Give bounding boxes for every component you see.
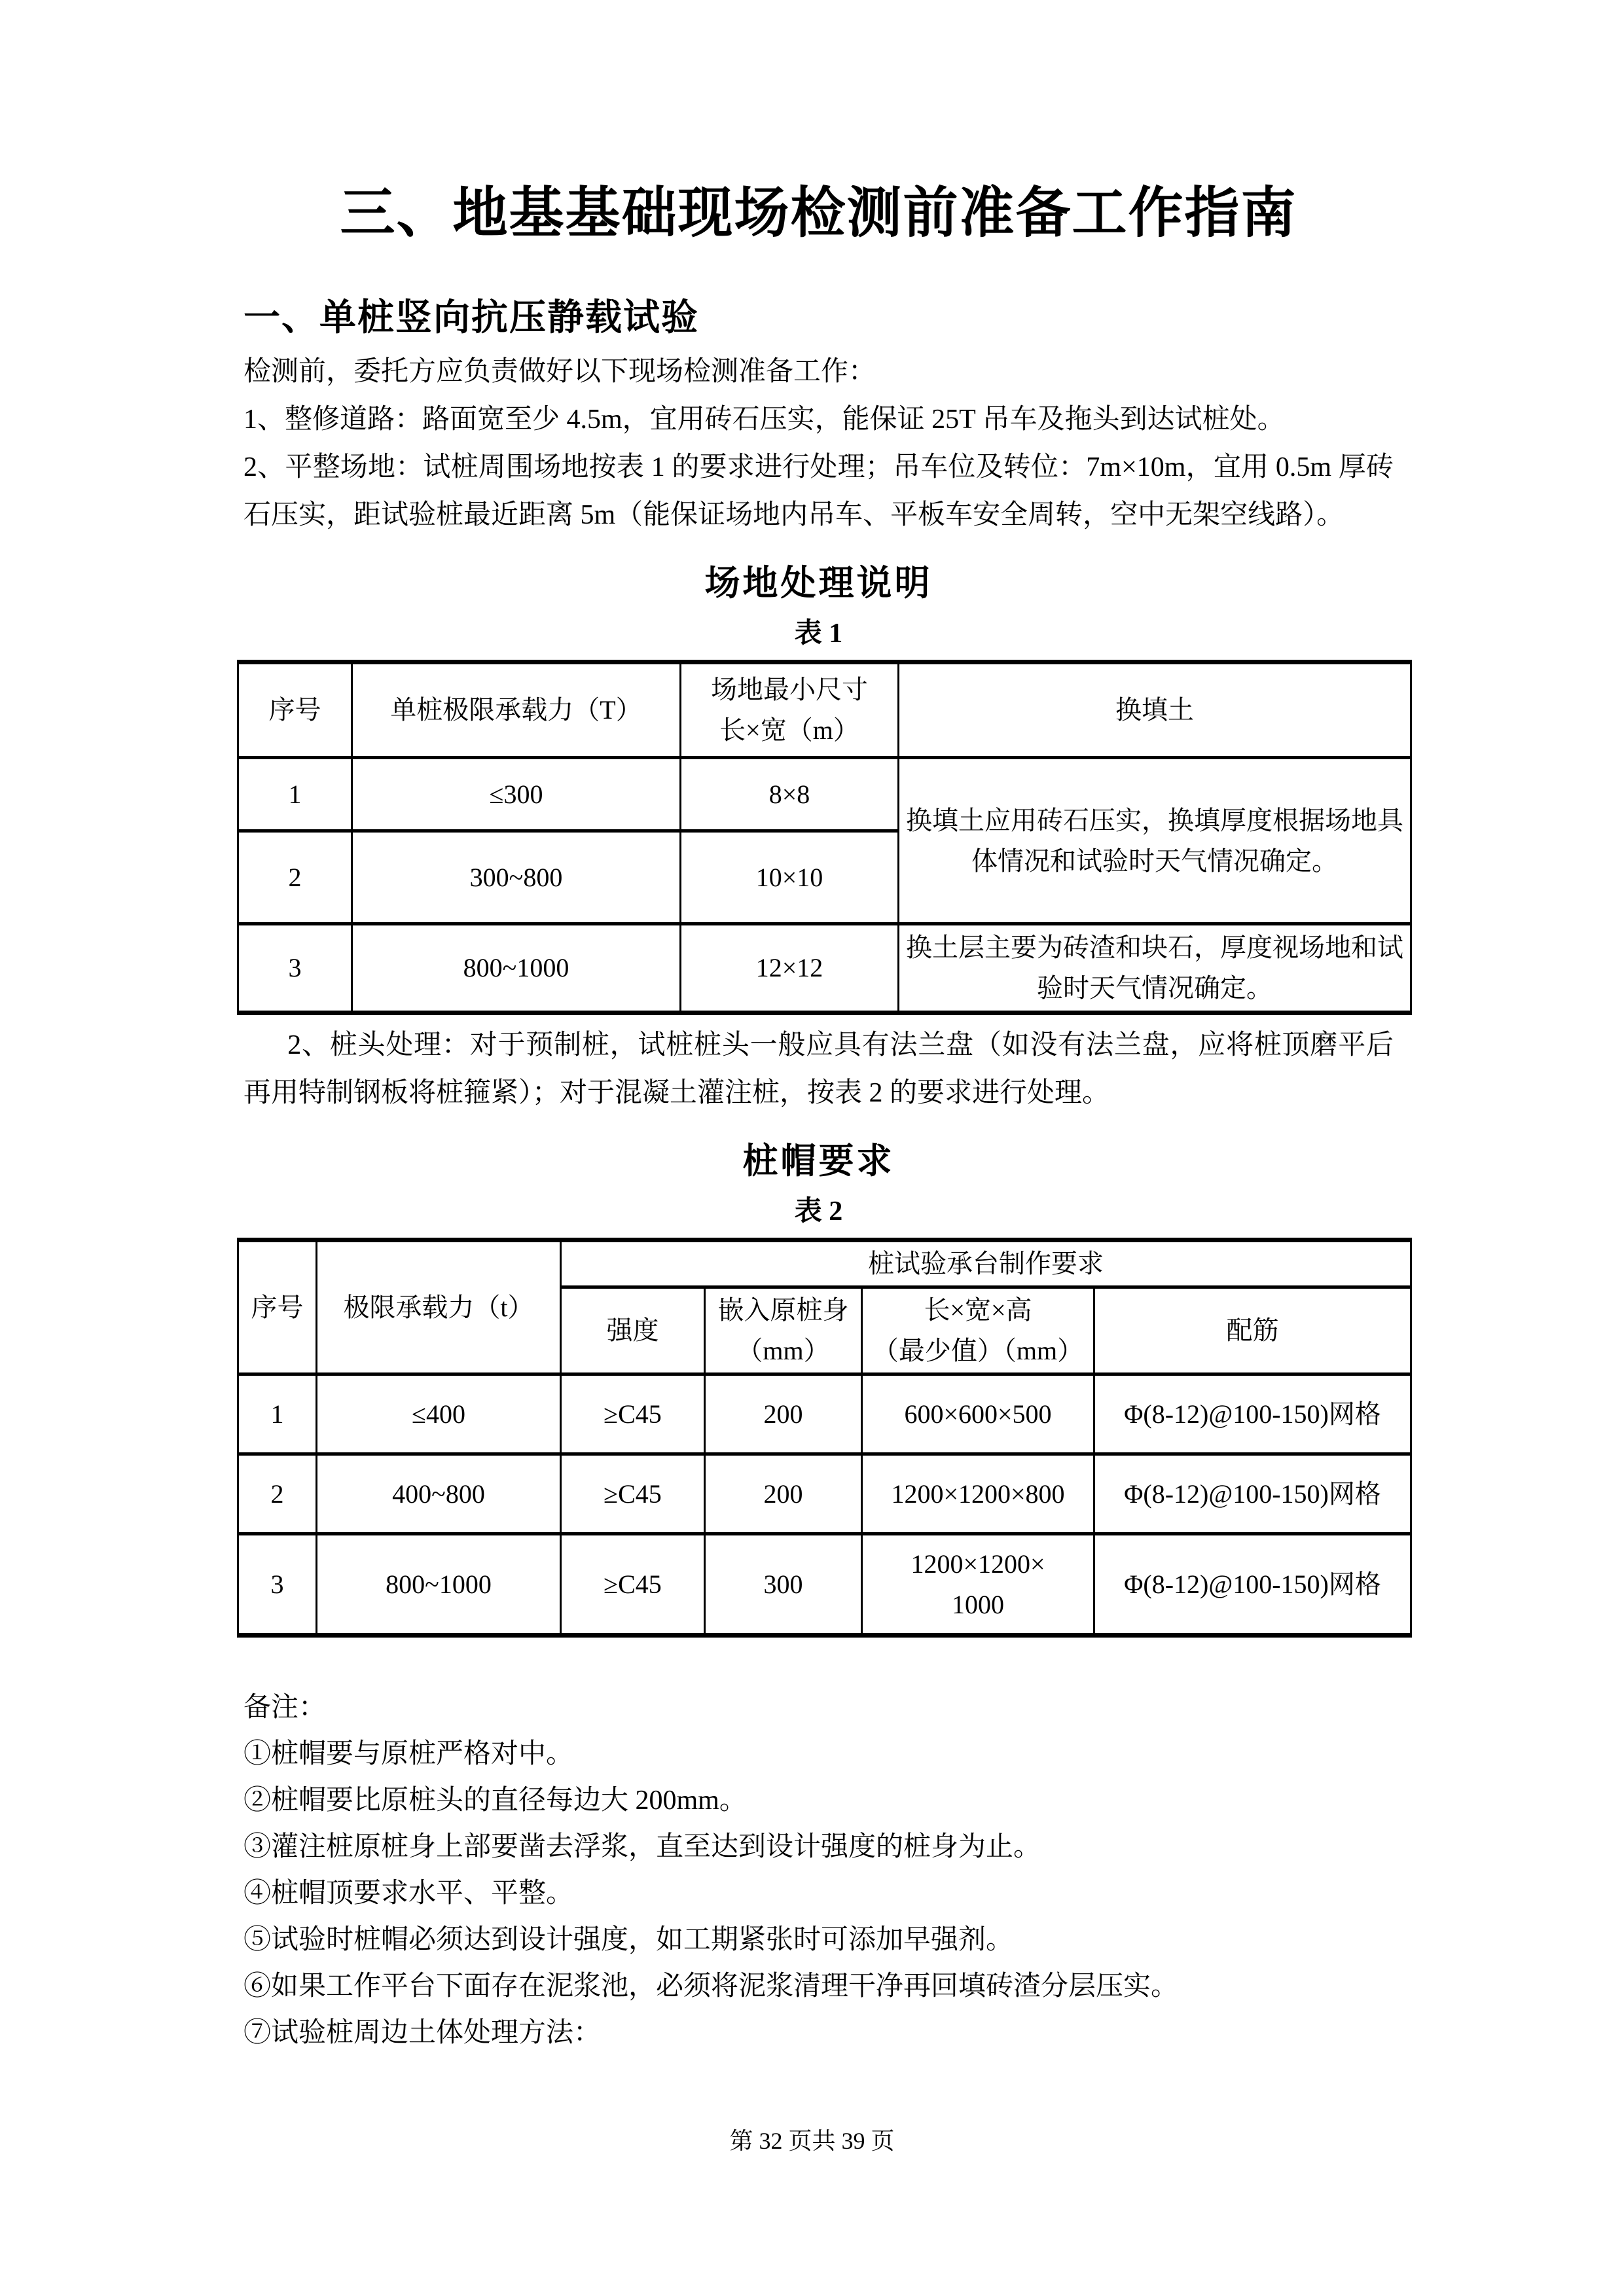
table2-r1-embed: 200: [705, 1374, 862, 1454]
table2-r2-dims: 1200×1200×800: [862, 1454, 1094, 1534]
table1-r1-capacity: ≤300: [352, 758, 681, 831]
table2-r2-rebar: Φ(8-12)@100-150)网格: [1094, 1454, 1411, 1534]
table2-header-embed-line2: （mm）: [736, 1336, 829, 1365]
table1-r2-size: 10×10: [681, 831, 899, 924]
table1-r3-size: 12×12: [681, 924, 899, 1013]
table1-header-capacity: 单桩极限承载力（T）: [352, 662, 681, 758]
table1-r1-size: 8×8: [681, 758, 899, 831]
remark-item-4: ④桩帽顶要求水平、平整。: [244, 1871, 1394, 1917]
table2-r1-no: 1: [238, 1374, 317, 1454]
table2-r1-dims: 600×600×500: [862, 1374, 1094, 1454]
remark-item-2: ②桩帽要比原桩头的直径每边大 200mm。: [244, 1778, 1394, 1824]
intro-paragraph-3: 2、平整场地：试桩周围场地按表 1 的要求进行处理；吊车位及转位：7m×10m，…: [244, 444, 1394, 539]
table2-r3-embed: 300: [705, 1534, 862, 1636]
table2-r3-no: 3: [238, 1534, 317, 1636]
table2-header-dims-line2: （最少值）（mm）: [873, 1336, 1083, 1365]
table1-header-size-line1: 场地最小尺寸: [711, 675, 868, 704]
table2-r1-capacity: ≤400: [317, 1374, 561, 1454]
table2-header-no: 序号: [238, 1240, 317, 1374]
document-page: 三、地基基础现场检测前准备工作指南 一、单桩竖向抗压静载试验 检测前，委托方应负…: [0, 0, 1624, 2296]
pile-head-paragraph: 2、桩头处理：对于预制桩，试桩桩头一般应具有法兰盘（如没有法兰盘，应将桩顶磨平后…: [244, 1022, 1394, 1117]
remark-item-6: ⑥如果工作平台下面存在泥浆池，必须将泥浆清理干净再回填砖渣分层压实。: [244, 1964, 1394, 2010]
page-title: 三、地基基础现场检测前准备工作指南: [244, 171, 1394, 257]
table2-r2-no: 2: [238, 1454, 317, 1534]
intro-paragraph-2: 1、整修道路：路面宽至少 4.5m，宜用砖石压实，能保证 25T 吊车及拖头到达…: [244, 396, 1394, 444]
remark-item-1: ①桩帽要与原桩严格对中。: [244, 1731, 1394, 1778]
remark-item-5: ⑤试验时桩帽必须达到设计强度，如工期紧张时可添加早强剂。: [244, 1917, 1394, 1964]
table1-fill-note-rows-1-2: 换填土应用砖石压实，换填厚度根据场地具体情况和试验时天气情况确定。: [899, 758, 1411, 924]
table2-header-embed-line1: 嵌入原桩身: [718, 1295, 849, 1325]
table2-row-2: 2 400~800 ≥C45 200 1200×1200×800 Φ(8-12)…: [238, 1454, 1411, 1534]
table2-r3-dims: 1200×1200× 1000: [862, 1534, 1094, 1636]
table2-r2-embed: 200: [705, 1454, 862, 1534]
table2-row-1: 1 ≤400 ≥C45 200 600×600×500 Φ(8-12)@100-…: [238, 1374, 1411, 1454]
table2-r3-dims-line1: 1200×1200×: [911, 1549, 1045, 1579]
table2-row-3: 3 800~1000 ≥C45 300 1200×1200× 1000 Φ(8-…: [238, 1534, 1411, 1636]
remark-item-3: ③灌注桩原桩身上部要凿去浮浆，直至达到设计强度的桩身为止。: [244, 1824, 1394, 1871]
table2-header-group: 桩试验承台制作要求: [561, 1240, 1411, 1287]
remarks-label: 备注：: [244, 1685, 1394, 1731]
table2-header-dims: 长×宽×高 （最少值）（mm）: [862, 1287, 1094, 1374]
table1-header-size: 场地最小尺寸 长×宽（m）: [681, 662, 899, 758]
site-treatment-heading: 场地处理说明: [244, 554, 1394, 613]
table1-site-treatment: 序号 单桩极限承载力（T） 场地最小尺寸 长×宽（m） 换填土 1 ≤300 8…: [237, 660, 1412, 1015]
table1-r1-no: 1: [238, 758, 352, 831]
table1-header-fill: 换填土: [899, 662, 1411, 758]
table1-fill-note-row-3: 换土层主要为砖渣和块石，厚度视场地和试验时天气情况确定。: [899, 924, 1411, 1013]
table2-pile-cap-requirements: 序号 极限承载力（t） 桩试验承台制作要求 强度 嵌入原桩身 （mm） 长×宽×…: [237, 1238, 1412, 1638]
table2-r3-capacity: 800~1000: [317, 1534, 561, 1636]
table2-r3-rebar: Φ(8-12)@100-150)网格: [1094, 1534, 1411, 1636]
table2-r3-dims-line2: 1000: [952, 1590, 1004, 1619]
pile-cap-heading: 桩帽要求: [244, 1132, 1394, 1191]
page-number-footer: 第 32 页共 39 页: [0, 2123, 1624, 2159]
table1-caption: 表 1: [244, 613, 1394, 655]
table1-row-3: 3 800~1000 12×12 换土层主要为砖渣和块石，厚度视场地和试验时天气…: [238, 924, 1411, 1013]
table2-header-strength: 强度: [561, 1287, 705, 1374]
table2-r3-strength: ≥C45: [561, 1534, 705, 1636]
table2-caption: 表 2: [244, 1191, 1394, 1232]
table1-r3-capacity: 800~1000: [352, 924, 681, 1013]
table2-r1-rebar: Φ(8-12)@100-150)网格: [1094, 1374, 1411, 1454]
table2-header-embed: 嵌入原桩身 （mm）: [705, 1287, 862, 1374]
table1-header-row: 序号 单桩极限承载力（T） 场地最小尺寸 长×宽（m） 换填土: [238, 662, 1411, 758]
intro-paragraph-1: 检测前，委托方应负责做好以下现场检测准备工作：: [244, 348, 1394, 396]
table2-header-rebar: 配筋: [1094, 1287, 1411, 1374]
table1-r2-no: 2: [238, 831, 352, 924]
table1-r2-capacity: 300~800: [352, 831, 681, 924]
table2-header-capacity: 极限承载力（t）: [317, 1240, 561, 1374]
table1-header-size-line2: 长×宽（m）: [719, 715, 859, 745]
remarks-block: 备注： ①桩帽要与原桩严格对中。 ②桩帽要比原桩头的直径每边大 200mm。 ③…: [244, 1685, 1394, 2056]
table2-r2-capacity: 400~800: [317, 1454, 561, 1534]
table2-header-row-1: 序号 极限承载力（t） 桩试验承台制作要求: [238, 1240, 1411, 1287]
remark-item-7: ⑦试验桩周边土体处理方法：: [244, 2010, 1394, 2056]
table2-r2-strength: ≥C45: [561, 1454, 705, 1534]
table2-r1-strength: ≥C45: [561, 1374, 705, 1454]
table2-header-dims-line1: 长×宽×高: [924, 1295, 1032, 1325]
section-heading-static-load-test: 一、单桩竖向抗压静载试验: [244, 288, 1394, 348]
table1-header-no: 序号: [238, 662, 352, 758]
table1-r3-no: 3: [238, 924, 352, 1013]
table1-row-1: 1 ≤300 8×8 换填土应用砖石压实，换填厚度根据场地具体情况和试验时天气情…: [238, 758, 1411, 831]
